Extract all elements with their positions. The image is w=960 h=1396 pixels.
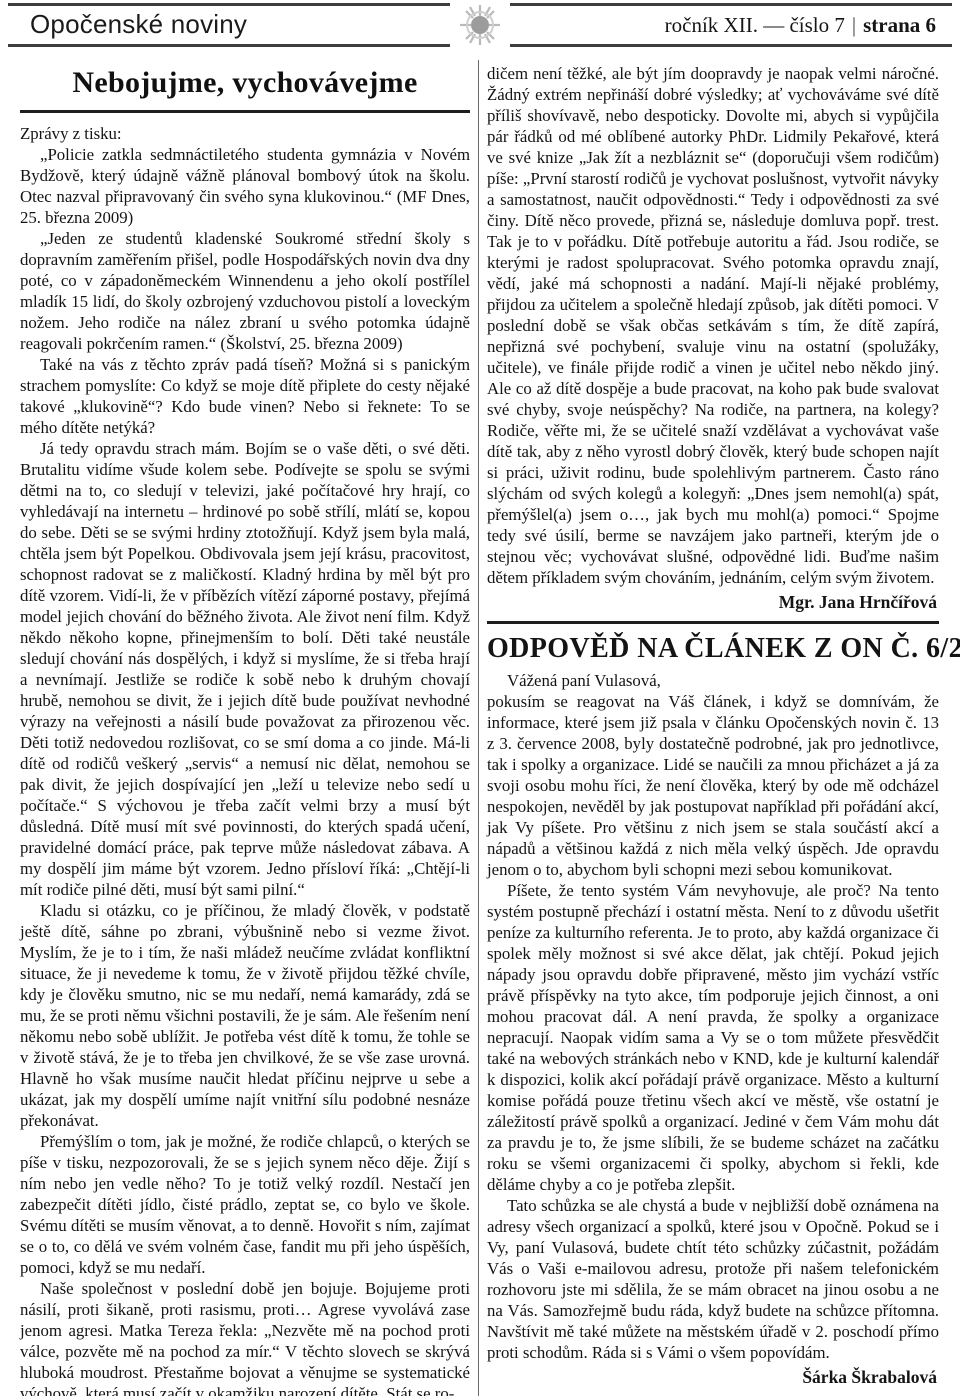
article-paragraph: Naše společnost v poslední době jen boju… [20,1278,470,1396]
article-paragraph: Přemýšlím o tom, jak je možné, že rodiče… [20,1131,470,1278]
reply-paragraph: Píšete, že tento systém Vám nevyhovuje, … [487,880,939,1195]
reply-heading: ODPOVĚĎ NA ČLÁNEK Z ON Č. 6/2009 [487,633,939,665]
article-paragraph: „Jeden ze studentů kladenské Soukromé st… [20,228,470,354]
article-paragraph: Já tedy opravdu strach mám. Bojím se o v… [20,438,470,900]
right-column: dičem není těžké, ale být jím doopravdy … [487,50,939,1396]
page-content: Nebojujme, vychovávejme Zprávy z tisku: … [0,50,960,1396]
article-paragraph: „Policie zatkla sedmnáctiletého studenta… [20,144,470,228]
newspaper-title: Opočenské noviny [30,9,247,40]
issue-label: ročník XII. — číslo 7 [665,13,845,37]
article-paragraph: Také na vás z těchto zpráv padá tíseň? M… [20,354,470,438]
masthead: Opočenské noviny ročník XII. — číslo 7|s… [0,0,960,50]
article-signature: Mgr. Jana Hrnčířová [487,591,937,613]
left-column: Nebojujme, vychovávejme Zprávy z tisku: … [20,50,470,1396]
page-number: strana 6 [863,13,936,37]
masthead-issue-info: ročník XII. — číslo 7|strana 6 [665,13,936,38]
article-continuation-paragraph: dičem není těžké, ale být jím doopravdy … [487,63,939,588]
article-paragraph: Zprávy z tisku: [20,123,470,144]
separator-bar: | [845,13,863,37]
reply-paragraph: pokusím se reagovat na Váš článek, i kdy… [487,691,939,880]
reply-signature: Šárka Škrabalová [487,1366,937,1388]
article-paragraph: Kladu si otázku, co je příčinou, že mlad… [20,900,470,1131]
column-divider [478,60,479,1396]
sun-icon [450,1,510,49]
article-title-rule [20,110,470,113]
reply-paragraph: Tato schůzka se ale chystá a bude v nejb… [487,1195,939,1363]
reply-paragraph: Vážená paní Vulasová, [487,670,939,691]
article-title: Nebojujme, vychovávejme [20,66,470,100]
reply-section-rule [487,621,939,624]
